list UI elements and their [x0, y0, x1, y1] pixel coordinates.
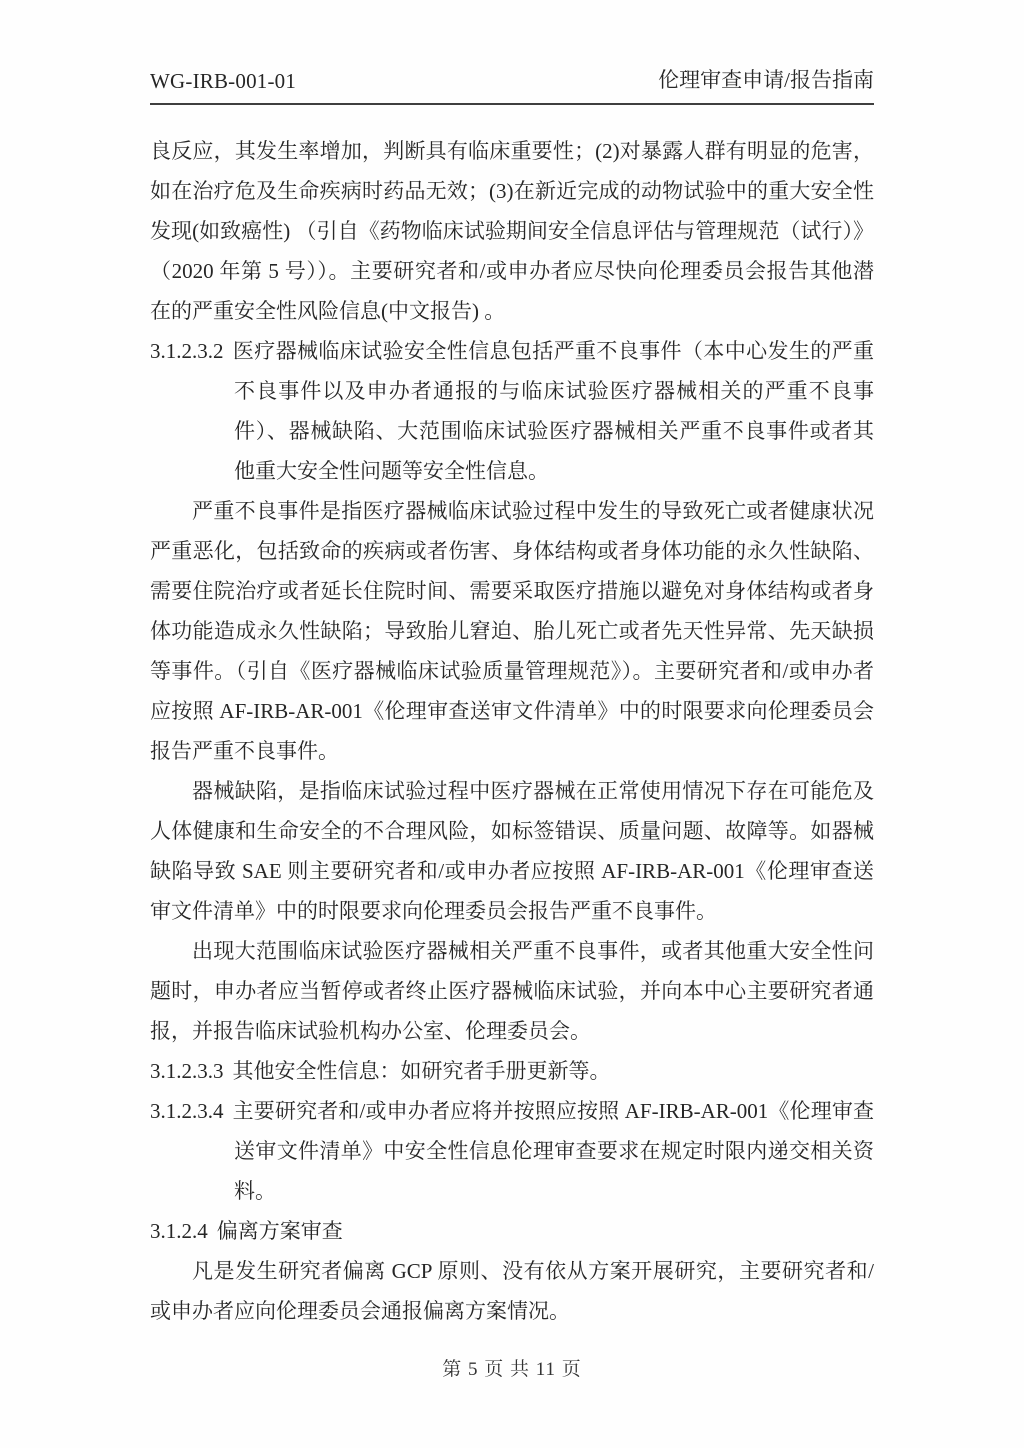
- document-body: 良反应，其发生率增加，判断具有临床重要性；(2)对暴露人群有明显的危害，如在治疗…: [150, 131, 874, 1331]
- item-number: 3.1.2.3.4: [150, 1099, 224, 1123]
- item-number: 3.1.2.3.3: [150, 1059, 224, 1083]
- paragraph-wide-range-events: 出现大范围临床试验医疗器械相关严重不良事件，或者其他重大安全性问题时，申办者应当…: [150, 931, 874, 1051]
- item-text: 医疗器械临床试验安全性信息包括严重不良事件（本中心发生的严重不良事件以及申办者通…: [233, 339, 875, 483]
- paragraph-sae-definition: 严重不良事件是指医疗器械临床试验过程中发生的导致死亡或者健康状况严重恶化，包括致…: [150, 491, 874, 771]
- document-title: 伦理审查申请/报告指南: [658, 64, 874, 94]
- item-text: 其他安全性信息：如研究者手册更新等。: [233, 1059, 611, 1083]
- numbered-item-3-1-2-3-4: 3.1.2.3.4主要研究者和/或申办者应将并按照应按照 AF-IRB-AR-0…: [150, 1091, 874, 1211]
- paragraph-protocol-deviation: 凡是发生研究者偏离 GCP 原则、没有依从方案开展研究，主要研究者和/或申办者应…: [150, 1251, 874, 1331]
- item-text: 主要研究者和/或申办者应将并按照应按照 AF-IRB-AR-001《伦理审查送审…: [233, 1099, 875, 1203]
- numbered-item-3-1-2-3-2: 3.1.2.3.2医疗器械临床试验安全性信息包括严重不良事件（本中心发生的严重不…: [150, 331, 874, 491]
- page-header: WG-IRB-001-01 伦理审查申请/报告指南: [150, 64, 874, 105]
- numbered-item-3-1-2-4: 3.1.2.4偏离方案审查: [150, 1211, 874, 1251]
- item-number: 3.1.2.4: [150, 1219, 208, 1243]
- item-number: 3.1.2.3.2: [150, 339, 224, 363]
- document-page: WG-IRB-001-01 伦理审查申请/报告指南 良反应，其发生率增加，判断具…: [0, 0, 1024, 1448]
- page-number: 第 5 页 共 11 页: [0, 1354, 1024, 1381]
- item-text: 偏离方案审查: [217, 1219, 343, 1243]
- numbered-item-3-1-2-3-3: 3.1.2.3.3其他安全性信息：如研究者手册更新等。: [150, 1051, 874, 1091]
- document-number: WG-IRB-001-01: [150, 69, 296, 94]
- paragraph-continuation: 良反应，其发生率增加，判断具有临床重要性；(2)对暴露人群有明显的危害，如在治疗…: [150, 131, 874, 331]
- paragraph-device-defect: 器械缺陷，是指临床试验过程中医疗器械在正常使用情况下存在可能危及人体健康和生命安…: [150, 771, 874, 931]
